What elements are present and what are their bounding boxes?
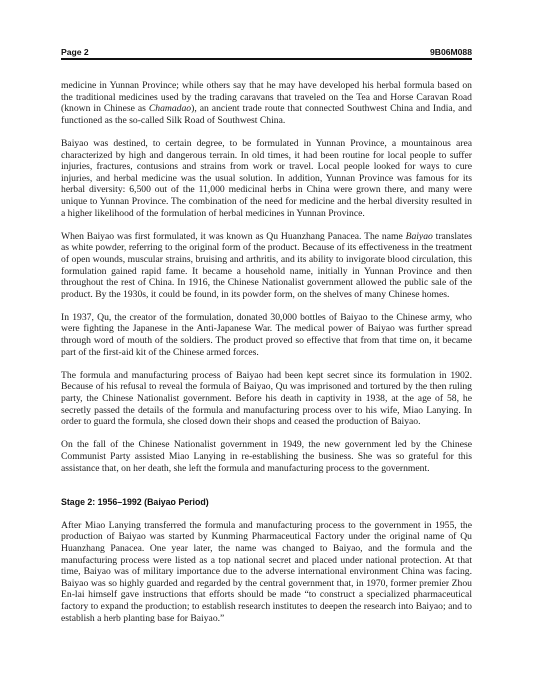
text-run: In 1937, Qu, the creator of the formulat… [61, 312, 472, 358]
text-run: When Baiyao was first formulated, it was… [61, 231, 406, 242]
text-run: The formula and manufacturing process of… [61, 370, 472, 427]
text-run: Baiyao was destined, to certain degree, … [61, 138, 472, 219]
italic-term: Baiyao [406, 231, 433, 242]
stage-2-paragraphs: After Miao Lanying transferred the formu… [61, 520, 472, 624]
paragraph: After Miao Lanying transferred the formu… [61, 520, 472, 624]
text-run: On the fall of the Chinese Nationalist g… [61, 439, 472, 473]
page-header: Page 2 9B06M088 [61, 47, 472, 58]
document-code: 9B06M088 [430, 47, 472, 57]
paragraph: On the fall of the Chinese Nationalist g… [61, 439, 472, 474]
paragraph: The formula and manufacturing process of… [61, 370, 472, 428]
stage-1-paragraphs: medicine in Yunnan Province; while other… [61, 80, 472, 474]
paragraph: In 1937, Qu, the creator of the formulat… [61, 312, 472, 358]
document-body: medicine in Yunnan Province; while other… [61, 80, 472, 636]
section-heading: Stage 2: 1956–1992 (Baiyao Period) [61, 497, 472, 509]
paragraph: When Baiyao was first formulated, it was… [61, 231, 472, 301]
header-rule [61, 58, 472, 60]
paragraph: medicine in Yunnan Province; while other… [61, 80, 472, 126]
text-run: After Miao Lanying transferred the formu… [61, 520, 472, 624]
page-number: Page 2 [61, 47, 89, 57]
italic-term: Chamadao [149, 103, 191, 114]
paragraph: Baiyao was destined, to certain degree, … [61, 138, 472, 219]
